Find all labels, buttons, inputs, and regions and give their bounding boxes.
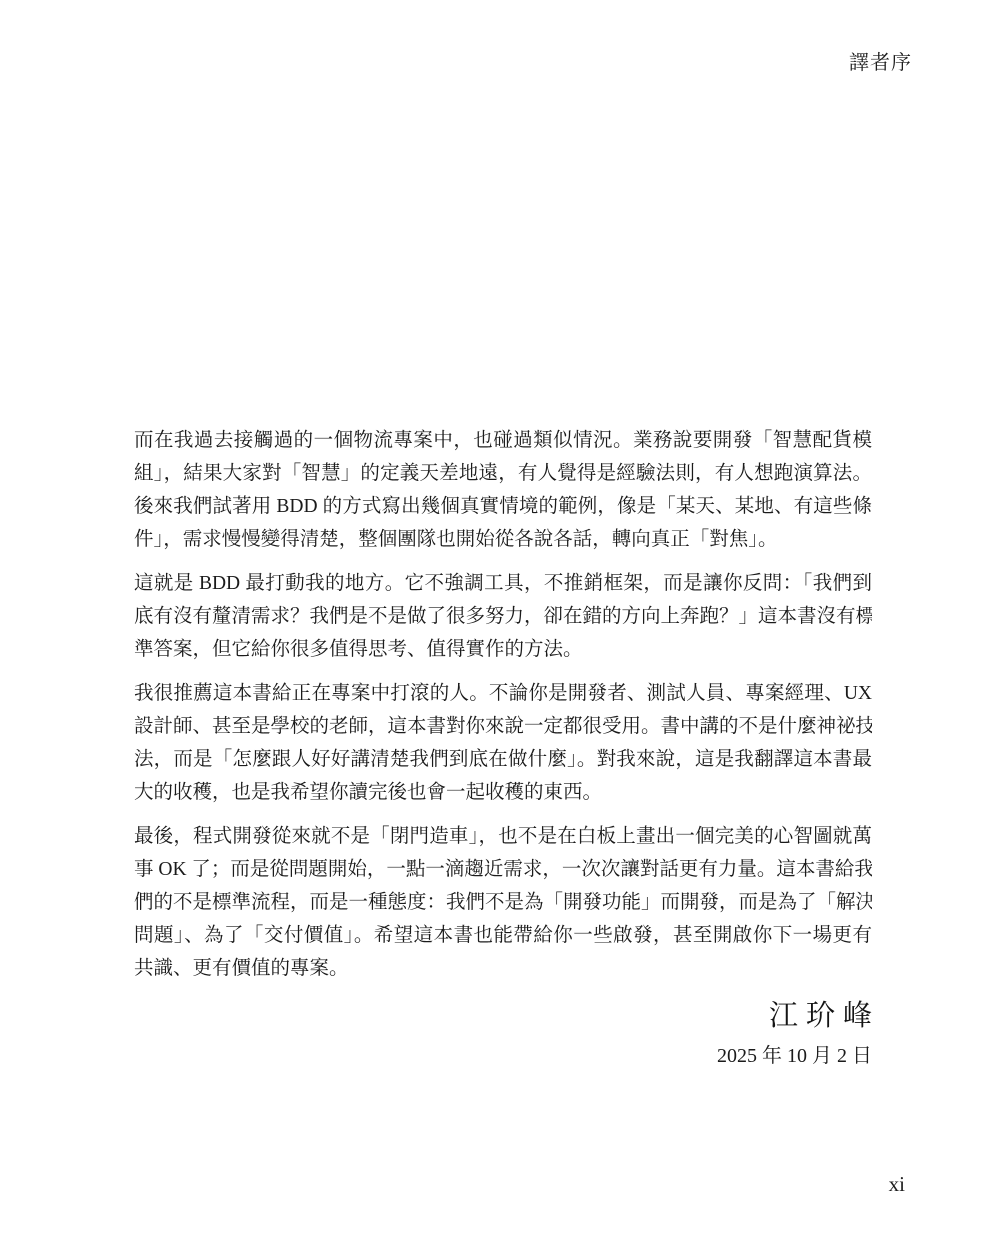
running-head: 譯者序 (849, 50, 912, 76)
text-line: 而在我過去接觸過的一個物流專案中，也碰過類似情況。業務說要開發「智慧配貨模 (134, 424, 872, 457)
book-page: 譯者序 而在我過去接觸過的一個物流專案中，也碰過類似情況。業務說要開發「智慧配貨… (0, 0, 1000, 1244)
preface-body: 而在我過去接觸過的一個物流專案中，也碰過類似情況。業務說要開發「智慧配貨模組」，… (134, 424, 872, 1073)
text-line: 底有沒有釐清需求？我們是不是做了很多努力，卻在錯的方向上奔跑？」這本書沒有標 (134, 600, 872, 633)
text-line: 事 OK 了；而是從問題開始，一點一滴趨近需求，一次次讓對話更有力量。這本書給我 (134, 853, 872, 886)
text-line: 我很推薦這本書給正在專案中打滾的人。不論你是開發者、測試人員、專案經理、UX (134, 677, 872, 710)
text-line: 準答案，但它給你很多值得思考、值得實作的方法。 (134, 633, 872, 666)
text-line: 設計師、甚至是學校的老師，這本書對你來說一定都很受用。書中講的不是什麼神祕技 (134, 710, 872, 743)
text-line: 後來我們試著用 BDD 的方式寫出幾個真實情境的範例，像是「某天、某地、有這些條 (134, 490, 872, 523)
text-line: 們的不是標準流程，而是一種態度：我們不是為「開發功能」而開發，而是為了「解決 (134, 886, 872, 919)
text-line: 法，而是「怎麼跟人好好講清楚我們到底在做什麼」。對我來說，這是我翻譯這本書最 (134, 743, 872, 776)
body-text: 而在我過去接觸過的一個物流專案中，也碰過類似情況。業務說要開發「智慧配貨模組」，… (134, 424, 872, 985)
page-number: xi (889, 1170, 905, 1198)
paragraph: 而在我過去接觸過的一個物流專案中，也碰過類似情況。業務說要開發「智慧配貨模組」，… (134, 424, 872, 556)
paragraph: 我很推薦這本書給正在專案中打滾的人。不論你是開發者、測試人員、專案經理、UX設計… (134, 677, 872, 809)
paragraph: 最後，程式開發從來就不是「閉門造車」，也不是在白板上畫出一個完美的心智圖就萬事 … (134, 820, 872, 985)
signature-name: 江玠峰 (134, 996, 880, 1036)
text-line: 大的收穫，也是我希望你讀完後也會一起收穫的東西。 (134, 776, 872, 809)
paragraph: 這就是 BDD 最打動我的地方。它不強調工具，不推銷框架，而是讓你反問：「我們到… (134, 567, 872, 666)
text-line: 件」，需求慢慢變得清楚，整個團隊也開始從各說各話，轉向真正「對焦」。 (134, 523, 872, 556)
text-line: 共識、更有價值的專案。 (134, 952, 872, 985)
text-line: 最後，程式開發從來就不是「閉門造車」，也不是在白板上畫出一個完美的心智圖就萬 (134, 820, 872, 853)
text-line: 問題」、為了「交付價值」。希望這本書也能帶給你一些啟發，甚至開啟你下一場更有 (134, 919, 872, 952)
signature-date: 2025 年 10 月 2 日 (134, 1040, 872, 1073)
text-line: 組」，結果大家對「智慧」的定義天差地遠，有人覺得是經驗法則，有人想跑演算法。 (134, 457, 872, 490)
text-line: 這就是 BDD 最打動我的地方。它不強調工具，不推銷框架，而是讓你反問：「我們到 (134, 567, 872, 600)
